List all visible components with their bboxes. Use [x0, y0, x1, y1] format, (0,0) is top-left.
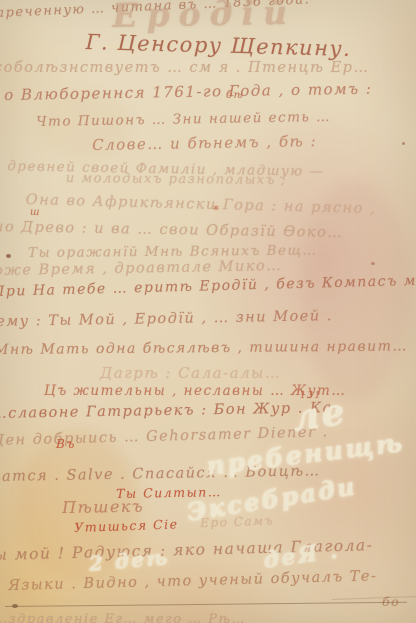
ink-speck [6, 254, 11, 258]
manuscript-line: но Древо : и ва … свои Образїй Ѳоко… [0, 219, 343, 241]
red-ink-annotation: Въ [56, 437, 76, 451]
paper-stain [300, 180, 410, 400]
manuscript-line: Еро Самъ [200, 513, 274, 530]
footer-rule-short [332, 596, 416, 600]
manuscript-line: Она во Африкѣянски Гора : на рясно , [26, 192, 377, 217]
ink-speck [402, 142, 405, 145]
manuscript-line: Мнѣ Мать одна бѣсялѣвъ , тишина нравит… [0, 338, 408, 358]
manuscript-line: Ты оражанїй Мнѣ Всянихъ Вещ… [28, 242, 318, 261]
manuscript-line: ему : Ты Мой , Еродїй , … зни Моей . [0, 308, 333, 330]
manuscript-line: Г. Ценсору Щепкину. [85, 30, 351, 61]
ink-speck [12, 604, 18, 608]
manuscript-line: Цъ жительны , неславны … Жут… [44, 383, 346, 399]
manuscript-line: и молодыхъ разнополыхъ ; [66, 171, 287, 188]
manuscript-line: ватся . Salve . Спасайся … Боицѣ… [0, 463, 321, 485]
manuscript-line: Что Пишонъ … Зни нашей есть … [36, 109, 331, 130]
manuscript-line: Ден добрыись … Gehorsamer Diener . [0, 424, 329, 449]
paper-stain [40, 90, 130, 160]
manuscript-page: ареченную … читана въ … 1836 года.Еродій… [0, 0, 416, 623]
red-ink-annotation: ш [30, 207, 41, 218]
white-ink-overwrite: пребенищѣ [205, 428, 406, 481]
white-ink-overwrite: деЯ . [262, 537, 341, 573]
white-ink-overwrite: 2 деѣ [88, 545, 171, 576]
manuscript-line: Слове… и бѣнемъ , бѣ : [92, 132, 317, 154]
manuscript-line: Пѣшекъ [62, 497, 144, 517]
red-ink-annotation: Утишься Сіе [74, 516, 179, 535]
manuscript-line: ы мой ! Радуюся : яко начаша Глагола- [0, 536, 374, 564]
white-ink-overwrite: ле [290, 390, 350, 439]
red-ink-annotation: * [213, 203, 221, 217]
manuscript-line: Языки . Видно , что ученый обучалъ Те- [8, 568, 378, 594]
paper-stain [18, 430, 138, 580]
manuscript-line: При На тебе … еритѣ Еродїй , безъ Компас… [0, 272, 416, 300]
manuscript-line: Дагрѣ : Сала-алы… [100, 364, 281, 382]
manuscript-line: оже Время , дроавтале Мико… [0, 258, 282, 279]
ink-speck [371, 262, 375, 265]
manuscript-line: ареченную … читана въ … 1836 года. [0, 0, 310, 21]
manuscript-line: бо [382, 594, 400, 609]
red-ink-annotation: бѣ [226, 90, 244, 101]
manuscript-line: …славоне Гатрарьекъ : Бон Жур . Ка- [0, 400, 339, 422]
manuscript-line: соболѣзнствуетъ … см я . Птенцѣ Ер… [0, 60, 369, 76]
manuscript-line: о древней своей Фамиліи , младшую — [0, 158, 325, 180]
footer-rule [5, 602, 407, 608]
manuscript-line: Еродій [112, 0, 296, 35]
red-ink-annotation: Ты Силтып… [116, 484, 222, 501]
manuscript-line: о Влюбореннся 1761-го Года , о томъ : [4, 80, 373, 104]
white-ink-overwrite: Эксебради [185, 471, 359, 526]
manuscript-line: …здравленіе Ег… мего … Рѣ… [0, 612, 246, 623]
red-ink-annotation: 131 [300, 391, 322, 401]
